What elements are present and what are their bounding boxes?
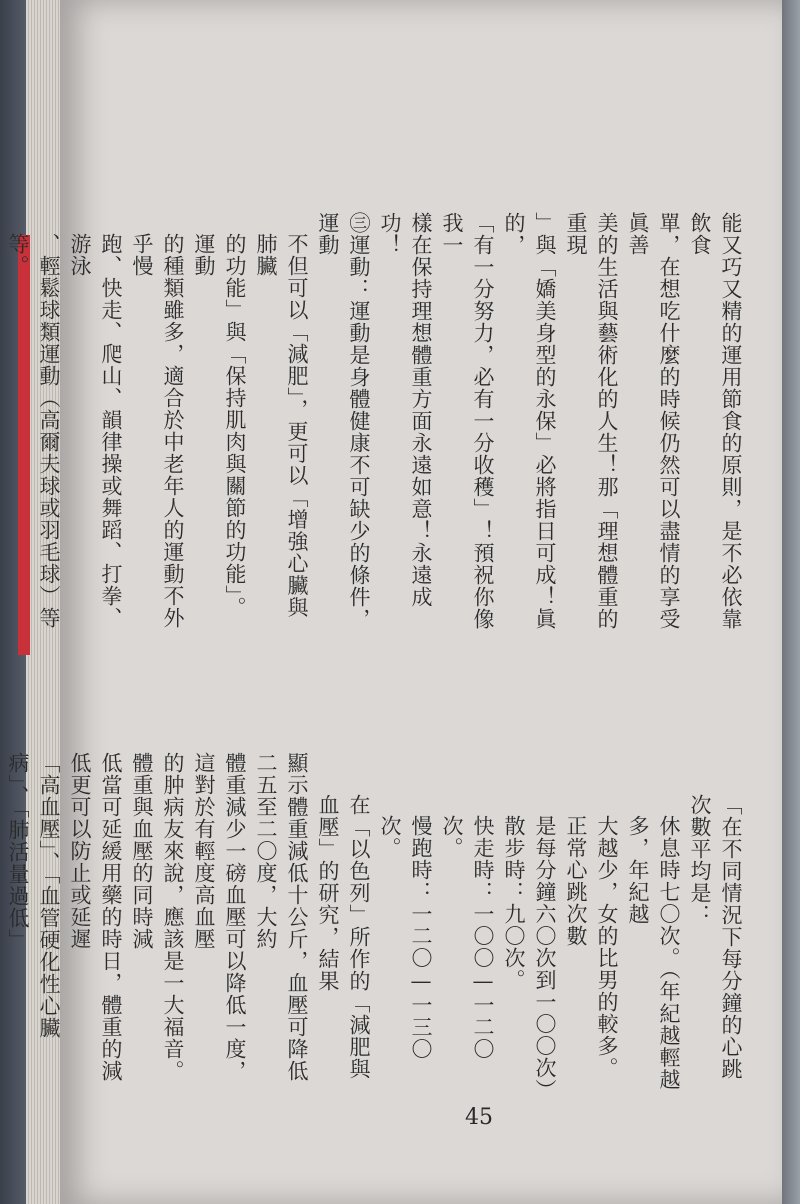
book-page: 能又巧又精的運用節食的原則，是不必依靠飲食 單，在想吃什麼的時候仍然可以盡情的享… [60, 0, 782, 1204]
page-number: 45 [465, 1105, 493, 1130]
intro-line: 能又巧又精的運用節食的原則，是不必依靠飲食 [684, 212, 746, 632]
heart-rate-note-line: 「在不同情況下每分鐘的心跳次數平均是： [684, 752, 746, 1092]
section3-line: 的種類雖多，適合於中老年人的運動不外乎慢 [126, 212, 188, 632]
israel-study-line: 在「以色列」所作的「減肥與血壓」的研究，結果 [312, 752, 374, 1092]
intro-line: 「有一分努力，必有一分收穫」！預祝你像我一 [436, 212, 498, 632]
upper-text-section: 能又巧又精的運用節食的原則，是不必依靠飲食 單，在想吃什麼的時候仍然可以盡情的享… [0, 212, 746, 632]
israel-study-line: 、「膽夷炎與膽結石」、「糖尿病」、「血脂肪過高」 [0, 752, 2, 1092]
israel-study-line: 低當可延緩用藥的時日，體重的減低更可以防止或延遲 [64, 752, 126, 1092]
intro-line: 美的生活與藝術化的人生！那「理想體重的重現 [560, 212, 622, 632]
intro-line: 」與「嬌美身型的永保」必將指日可成！眞的， [498, 212, 560, 632]
section3-line: 選擇運動方案的基本原則是： [0, 212, 2, 632]
lower-text-section: 「在不同情況下每分鐘的心跳次數平均是： 休息時七〇次。（年紀越輕越多，年紀越 大… [0, 752, 746, 1092]
heart-rate-line: 散步時：九〇次。 [498, 752, 529, 1092]
section3-line: 的功能」與「保持肌肉與關節的功能」。運動 [188, 212, 250, 632]
section3-line: 跑、快走、爬山、韻律操或舞蹈、打拳、游泳 [64, 212, 126, 632]
heart-rate-note-line: 大越少，女的比男的較多。正常心跳次數 [560, 752, 622, 1092]
section3-heading: ㊂運動：運動是身體健康不可缺少的條件，運動 [312, 212, 374, 632]
intro-line: 樣在保持理想體重方面永遠如意！永遠成功！ [374, 212, 436, 632]
heart-rate-note-line: 是每分鐘六〇次到一〇〇次） [529, 752, 560, 1092]
israel-study-line: 「高血壓」、「血管硬化性心臟病」、「肺活量過低」 [2, 752, 64, 1092]
book-cover-right-edge [780, 0, 800, 1204]
heart-rate-line: 慢跑時：一二〇—一三〇次。 [374, 752, 436, 1092]
section3-line: 不但可以「減肥」，更可以「增強心臟與肺臟 [250, 212, 312, 632]
israel-study-line: 的肿病友來說，應該是一大福音。體重與血壓的同時減 [126, 752, 188, 1092]
section3-line: 、輕鬆球類運動（高爾夫球或羽毛球）等等。 [2, 212, 64, 632]
israel-study-line: 體重減少一磅血壓可以降低一度，這對於有輕度高血壓 [188, 752, 250, 1092]
israel-study-line: 顯示體重減低十公斤，血壓可降低二五至二〇度，大約 [250, 752, 312, 1092]
heart-rate-note-line: 休息時七〇次。（年紀越輕越多，年紀越 [622, 752, 684, 1092]
intro-line: 單，在想吃什麼的時候仍然可以盡情的享受眞善 [622, 212, 684, 632]
heart-rate-line: 快走時：一〇〇—一二〇次。 [436, 752, 498, 1092]
